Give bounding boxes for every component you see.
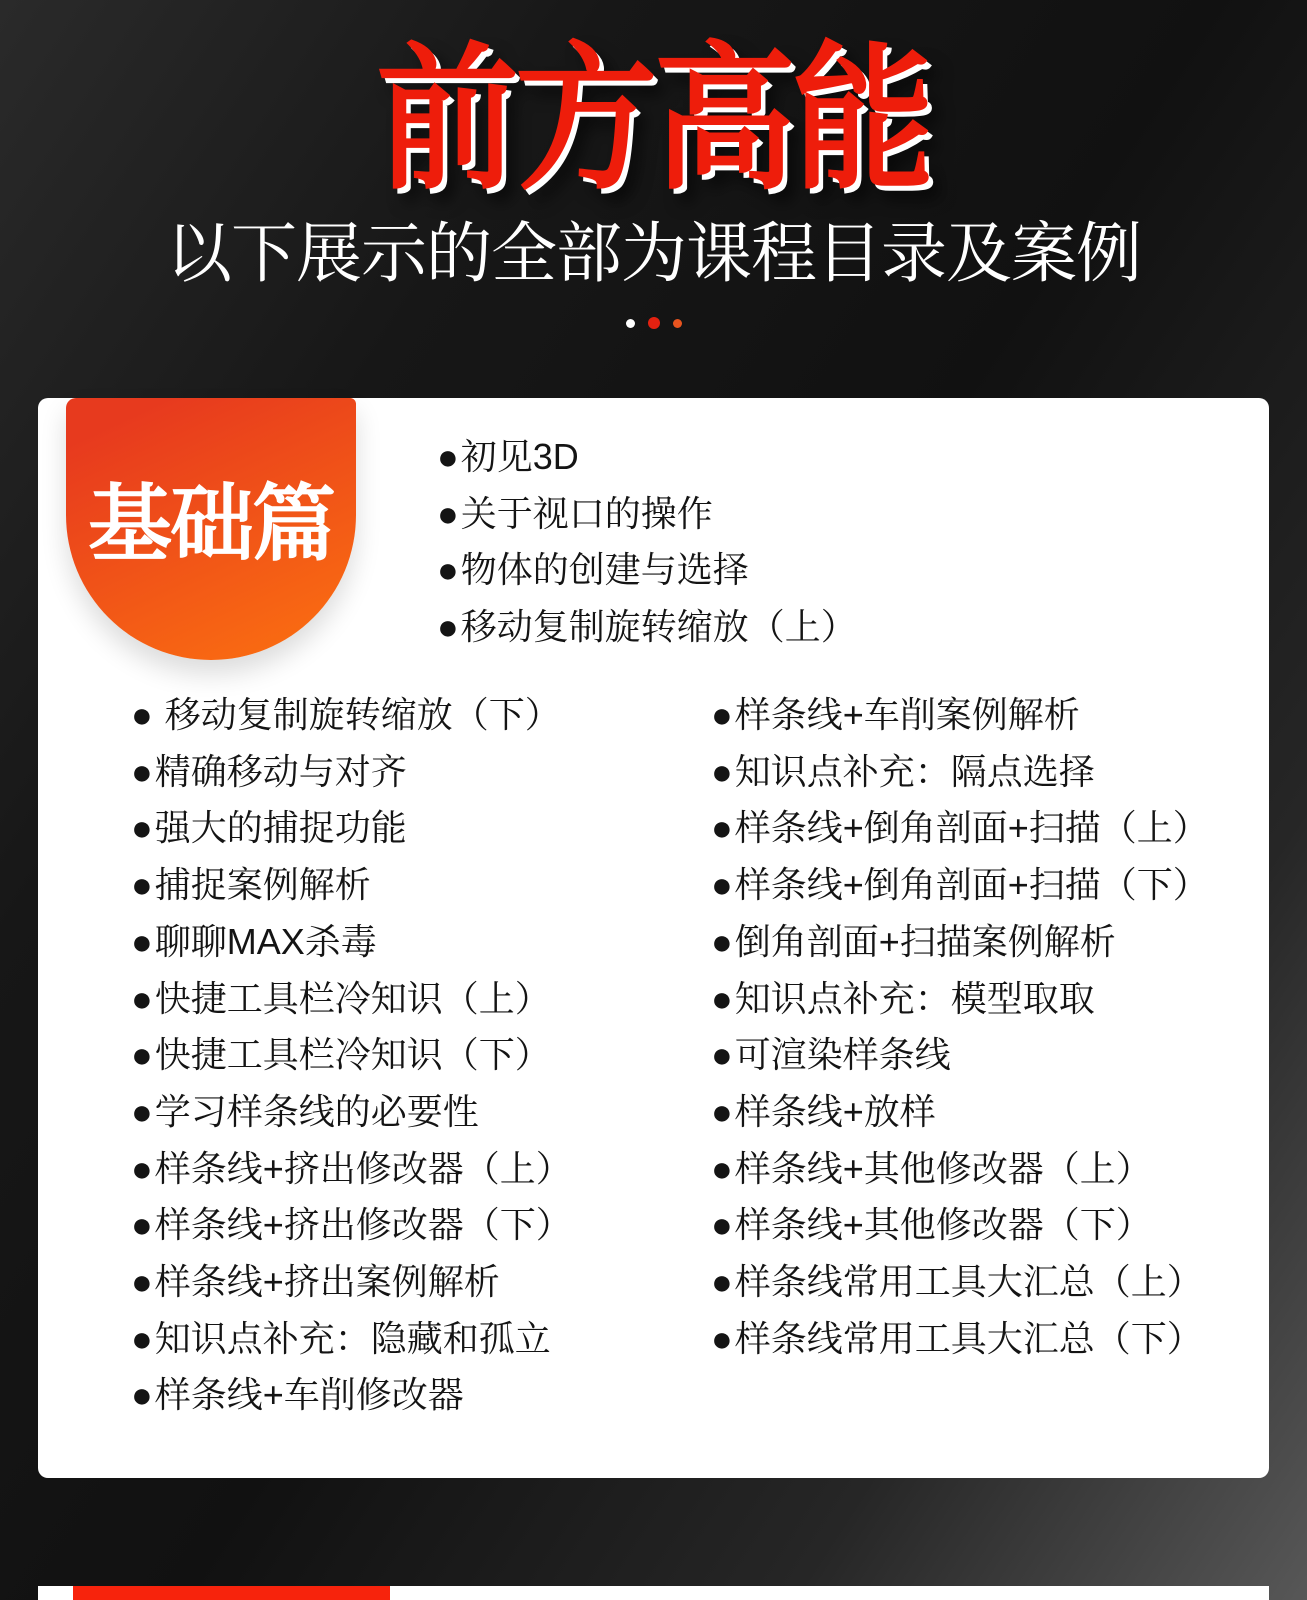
page-subtitle: 以下展示的全部为课程目录及案例 <box>0 216 1307 292</box>
bullet-icon: ● <box>131 1374 153 1415</box>
lesson-label: 初见3D <box>461 436 579 477</box>
lesson-item: ●样条线+其他修改器（上） <box>711 1141 1209 1198</box>
promo-page: 前方高能 以下展示的全部为课程目录及案例 基础篇 ●初见3D●关于视口的操作●物… <box>0 0 1307 1600</box>
lesson-label: 快捷工具栏冷知识（下） <box>155 1034 551 1075</box>
right-lesson-list: ●样条线+车削案例解析●知识点补充：隔点选择●样条线+倒角剖面+扫描（上）●样条… <box>711 687 1209 1367</box>
lesson-item: ●捕捉案例解析 <box>131 857 572 914</box>
lesson-item: ●样条线+倒角剖面+扫描（下） <box>711 857 1209 914</box>
lesson-label: 倒角剖面+扫描案例解析 <box>735 921 1116 962</box>
lesson-label: 样条线常用工具大汇总（下） <box>735 1318 1203 1359</box>
lesson-item: ●初见3D <box>437 429 857 486</box>
lesson-label: 移动复制旋转缩放（下） <box>155 694 561 735</box>
dot-white-icon <box>626 319 635 328</box>
course-catalog-card: 基础篇 ●初见3D●关于视口的操作●物体的创建与选择●移动复制旋转缩放（上） ●… <box>38 398 1269 1478</box>
lesson-label: 样条线+挤出修改器（下） <box>155 1204 572 1245</box>
bullet-icon: ● <box>131 1148 153 1189</box>
bullet-icon: ● <box>437 606 459 647</box>
next-section-card <box>38 1586 1269 1600</box>
dot-red-icon <box>648 317 660 329</box>
lesson-item: ●学习样条线的必要性 <box>131 1084 572 1141</box>
lesson-label: 学习样条线的必要性 <box>155 1091 479 1132</box>
lesson-item: ●快捷工具栏冷知识（下） <box>131 1027 572 1084</box>
lesson-label: 捕捉案例解析 <box>155 864 371 905</box>
bullet-icon: ● <box>711 1091 733 1132</box>
lesson-item: ●快捷工具栏冷知识（上） <box>131 971 572 1028</box>
lesson-item: ●样条线+放样 <box>711 1084 1209 1141</box>
lesson-item: ●样条线+车削修改器 <box>131 1367 572 1424</box>
section-badge-basics: 基础篇 <box>66 398 356 660</box>
lesson-item: ●样条线+车削案例解析 <box>711 687 1209 744</box>
bullet-icon: ● <box>131 1204 153 1245</box>
bullet-icon: ● <box>711 1318 733 1359</box>
lesson-label: 样条线+其他修改器（上） <box>735 1148 1152 1189</box>
lesson-label: 知识点补充：隐藏和孤立 <box>155 1318 551 1359</box>
bullet-icon: ● <box>131 694 153 735</box>
bullet-icon: ● <box>711 1034 733 1075</box>
lesson-label: 精确移动与对齐 <box>155 751 407 792</box>
lesson-item: ●样条线+挤出修改器（下） <box>131 1197 572 1254</box>
lesson-item: ●样条线常用工具大汇总（下） <box>711 1311 1209 1368</box>
bullet-icon: ● <box>131 1091 153 1132</box>
bullet-icon: ● <box>131 864 153 905</box>
lesson-label: 快捷工具栏冷知识（上） <box>155 978 551 1019</box>
bullet-icon: ● <box>131 751 153 792</box>
lesson-item: ●聊聊MAX杀毒 <box>131 914 572 971</box>
bullet-icon: ● <box>437 549 459 590</box>
bullet-icon: ● <box>131 978 153 1019</box>
lesson-label: 样条线+挤出案例解析 <box>155 1261 500 1302</box>
bullet-icon: ● <box>711 1261 733 1302</box>
lesson-label: 样条线+挤出修改器（上） <box>155 1148 572 1189</box>
carousel-dots <box>0 314 1307 332</box>
bullet-icon: ● <box>711 1148 733 1189</box>
bullet-icon: ● <box>131 807 153 848</box>
lesson-item: ●倒角剖面+扫描案例解析 <box>711 914 1209 971</box>
lesson-label: 知识点补充：模型取取 <box>735 978 1095 1019</box>
lesson-label: 样条线常用工具大汇总（上） <box>735 1261 1203 1302</box>
bullet-icon: ● <box>437 436 459 477</box>
lesson-item: ●移动复制旋转缩放（上） <box>437 599 857 656</box>
bullet-icon: ● <box>711 694 733 735</box>
bullet-icon: ● <box>711 921 733 962</box>
lesson-item: ●知识点补充：模型取取 <box>711 971 1209 1028</box>
lesson-item: ●知识点补充：隐藏和孤立 <box>131 1311 572 1368</box>
bullet-icon: ● <box>711 864 733 905</box>
lesson-item: ●强大的捕捉功能 <box>131 800 572 857</box>
bullet-icon: ● <box>711 751 733 792</box>
lesson-item: ● 移动复制旋转缩放（下） <box>131 687 572 744</box>
lesson-label: 物体的创建与选择 <box>461 549 749 590</box>
lesson-label: 聊聊MAX杀毒 <box>155 921 377 962</box>
page-title: 前方高能 <box>65 38 1241 204</box>
lesson-label: 样条线+其他修改器（下） <box>735 1204 1152 1245</box>
bullet-icon: ● <box>437 493 459 534</box>
lesson-label: 样条线+放样 <box>735 1091 936 1132</box>
lesson-item: ●样条线+其他修改器（下） <box>711 1197 1209 1254</box>
lesson-label: 样条线+车削案例解析 <box>735 694 1080 735</box>
bullet-icon: ● <box>711 807 733 848</box>
bullet-icon: ● <box>131 921 153 962</box>
dot-orange-icon <box>673 319 682 328</box>
lesson-item: ●样条线+挤出修改器（上） <box>131 1141 572 1198</box>
lesson-label: 关于视口的操作 <box>461 493 713 534</box>
bullet-icon: ● <box>711 1204 733 1245</box>
lesson-label: 强大的捕捉功能 <box>155 807 407 848</box>
lesson-item: ●物体的创建与选择 <box>437 542 857 599</box>
next-section-badge <box>73 1586 390 1600</box>
lesson-item: ●精确移动与对齐 <box>131 744 572 801</box>
lesson-label: 样条线+倒角剖面+扫描（上） <box>735 807 1209 848</box>
lesson-item: ●样条线常用工具大汇总（上） <box>711 1254 1209 1311</box>
lesson-label: 移动复制旋转缩放（上） <box>461 606 857 647</box>
lesson-item: ●样条线+挤出案例解析 <box>131 1254 572 1311</box>
intro-lesson-list: ●初见3D●关于视口的操作●物体的创建与选择●移动复制旋转缩放（上） <box>437 429 857 656</box>
lesson-label: 样条线+倒角剖面+扫描（下） <box>735 864 1209 905</box>
lesson-label: 可渲染样条线 <box>735 1034 951 1075</box>
bullet-icon: ● <box>131 1034 153 1075</box>
lesson-item: ●关于视口的操作 <box>437 486 857 543</box>
lesson-item: ●样条线+倒角剖面+扫描（上） <box>711 800 1209 857</box>
bullet-icon: ● <box>131 1261 153 1302</box>
lesson-item: ●可渲染样条线 <box>711 1027 1209 1084</box>
section-badge-label: 基础篇 <box>88 457 334 578</box>
lesson-label: 知识点补充：隔点选择 <box>735 751 1095 792</box>
bullet-icon: ● <box>131 1318 153 1359</box>
bullet-icon: ● <box>711 978 733 1019</box>
lesson-label: 样条线+车削修改器 <box>155 1374 464 1415</box>
lesson-item: ●知识点补充：隔点选择 <box>711 744 1209 801</box>
left-lesson-list: ● 移动复制旋转缩放（下）●精确移动与对齐●强大的捕捉功能●捕捉案例解析●聊聊M… <box>131 687 572 1424</box>
